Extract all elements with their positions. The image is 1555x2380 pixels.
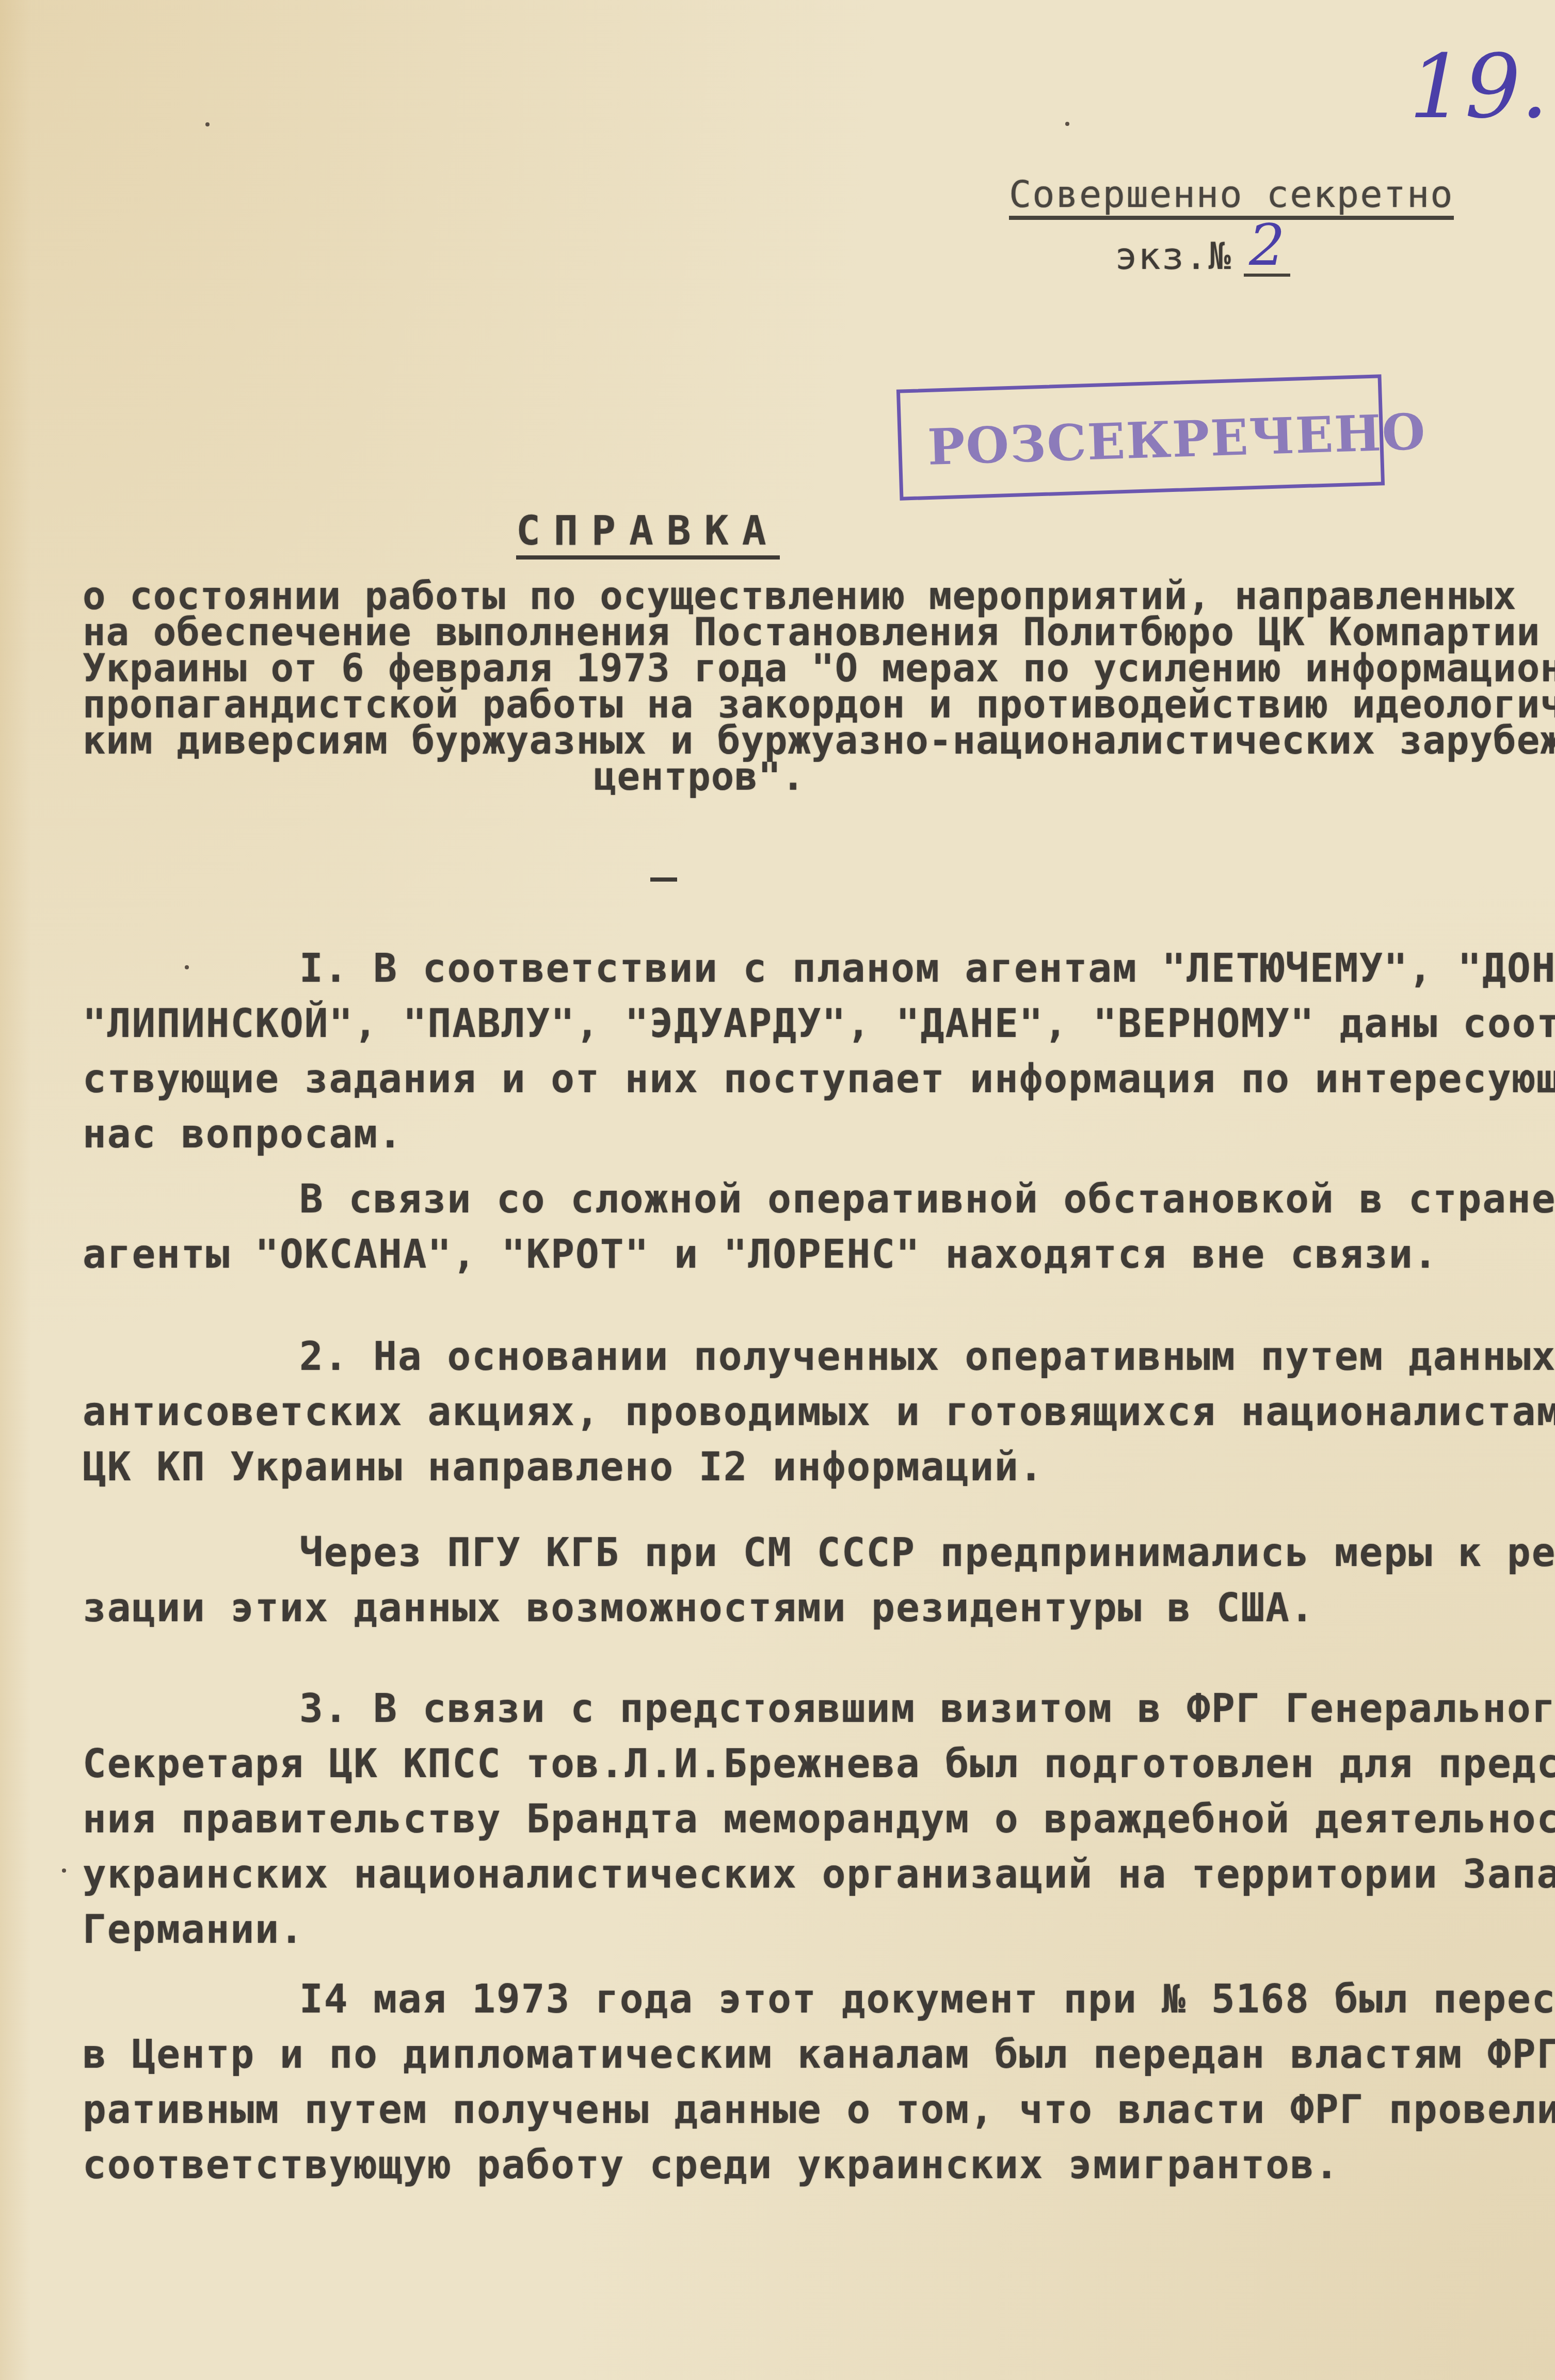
paragraph-3-line: 2. На основании полученных оперативным п… [299, 1337, 1555, 1376]
separator-dash [650, 877, 677, 882]
paper-speck [1065, 122, 1069, 126]
classification-label: Совершенно секретно [1009, 175, 1454, 220]
declassified-stamp: РОЗСЕКРЕЧЕНО [896, 374, 1385, 500]
paragraph-6-line: ративным путем получены данные о том, чт… [83, 2090, 1555, 2129]
subtitle-line: о состоянии работы по осуществлению меро… [83, 577, 1517, 615]
paragraph-6-line: I4 мая 1973 года этот документ при № 516… [299, 1979, 1555, 2019]
paragraph-5-line: Секретаря ЦК КПСС тов.Л.И.Брежнева был п… [83, 1744, 1555, 1783]
document-title: СПРАВКА [516, 511, 780, 560]
paragraph-4-line: зации этих данных возможностями резидент… [83, 1588, 1315, 1627]
copy-number: 2 [1244, 217, 1290, 277]
copy-label: экз.№ [1115, 237, 1232, 275]
paper-speck [62, 1868, 66, 1873]
paragraph-2-line: агенты "ОКСАНА", "КРОТ" и "ЛОРЕНС" наход… [83, 1235, 1438, 1274]
paragraph-3-line: ЦК КП Украины направлено I2 информаций. [83, 1447, 1044, 1487]
paper-speck [185, 965, 189, 969]
subtitle-line: пропагандистской работы на закордон и пр… [83, 685, 1555, 724]
paragraph-5-line: 3. В связи с предстоявшим визитом в ФРГ … [299, 1689, 1555, 1728]
subtitle-line: центров". [594, 758, 805, 796]
paragraph-1-line: нас вопросам. [83, 1114, 403, 1154]
subtitle-line: Украины от 6 февраля 1973 года "О мерах … [83, 649, 1555, 688]
folio-number: 19. [1409, 36, 1548, 138]
paragraph-1-line: ствующие задания и от них поступает инфо… [83, 1059, 1555, 1098]
paragraph-4-line: Через ПГУ КГБ при СМ СССР предпринималис… [299, 1533, 1555, 1572]
paper-speck [205, 122, 210, 126]
paragraph-3-line: антисоветских акциях, проводимых и готов… [83, 1392, 1555, 1431]
paragraph-1-line: "ЛИПИНСКОЙ", "ПАВЛУ", "ЭДУАРДУ", "ДАНЕ",… [83, 1004, 1555, 1043]
paragraph-5-line: украинских националистических организаци… [83, 1855, 1555, 1894]
subtitle-line: ким диверсиям буржуазных и буржуазно-нац… [83, 722, 1555, 760]
paragraph-5-line: Германии. [83, 1910, 304, 1949]
paragraph-6-line: в Центр и по дипломатическим каналам был… [83, 2035, 1555, 2074]
stamp-text: РОЗСЕКРЕЧЕНО [927, 403, 1428, 476]
subtitle-line: на обеспечение выполнения Постановления … [83, 613, 1540, 651]
paragraph-1-line: I. В соответствии с планом агентам "ЛЕТЮ… [299, 949, 1555, 988]
paragraph-5-line: ния правительству Брандта меморандум о в… [83, 1799, 1555, 1839]
paragraph-6-line: соответствующую работу среди украинских … [83, 2145, 1340, 2184]
paragraph-2-line: В связи со сложной оперативной обстановк… [299, 1179, 1555, 1219]
